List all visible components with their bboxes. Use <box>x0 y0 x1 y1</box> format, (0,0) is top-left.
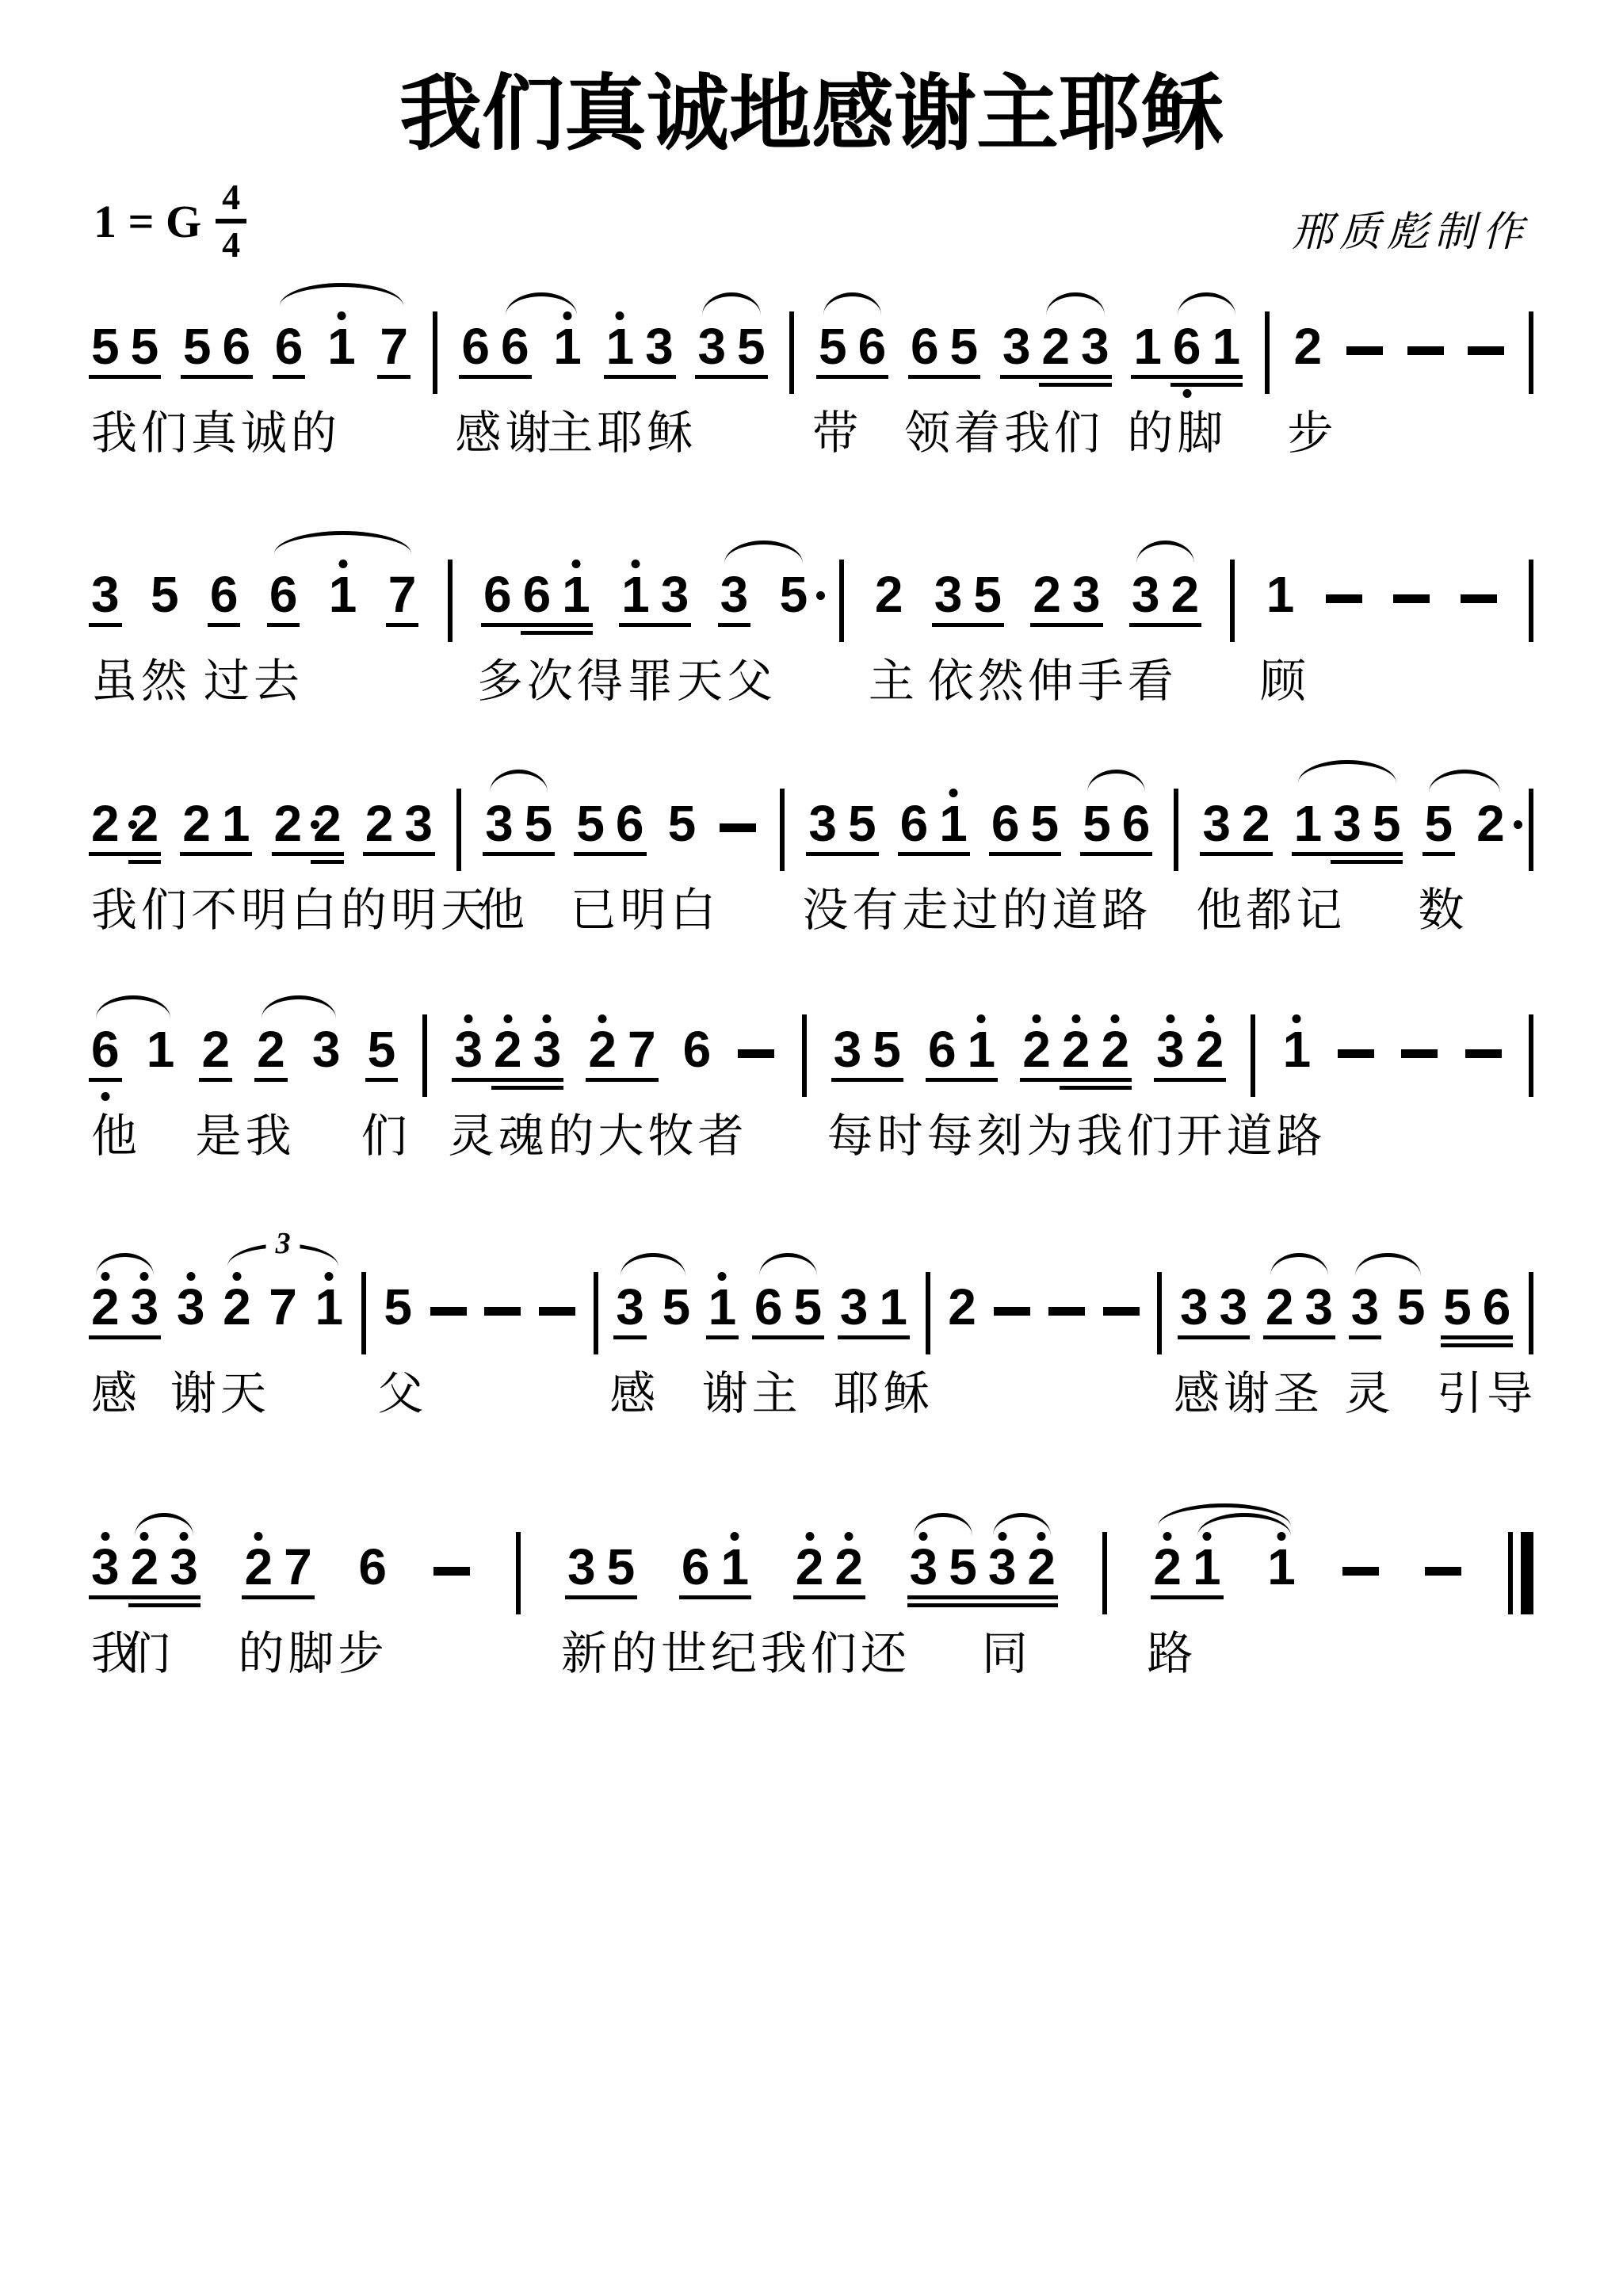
dash <box>1338 1049 1374 1058</box>
note-digit: 2 <box>494 1024 522 1075</box>
underline <box>735 375 768 379</box>
lyric-chunk: 主 <box>869 644 918 710</box>
note-digit: 3 <box>404 798 433 849</box>
lyric-chunk: 感 <box>609 1356 659 1423</box>
note-digit: 3 <box>533 1024 562 1075</box>
note: 3 <box>404 798 433 849</box>
note: 2 <box>201 1024 230 1075</box>
barline <box>1157 1272 1162 1354</box>
underline <box>1239 852 1273 856</box>
note: 1 <box>708 1282 737 1332</box>
note: 1 <box>553 321 582 372</box>
barline <box>1174 789 1178 871</box>
octave-dot-high <box>101 1532 109 1541</box>
beam-group: 6 <box>210 533 239 620</box>
note: 3 <box>720 569 749 620</box>
note: 5 <box>873 1024 901 1075</box>
note-digit: 2 <box>182 798 211 849</box>
underline <box>89 1595 134 1599</box>
note: 3 <box>1072 569 1101 620</box>
octave-dot-high <box>1111 1014 1120 1023</box>
octave-dot-high <box>543 1014 552 1023</box>
note-digit: 6 <box>269 569 298 620</box>
note: 2 <box>244 1541 273 1592</box>
note: 6 <box>461 321 490 372</box>
note-digit: 2 <box>131 1541 159 1592</box>
underline <box>498 375 532 379</box>
underline <box>1080 852 1125 856</box>
beam-group: 35 <box>834 988 901 1075</box>
note: 2 <box>1033 569 1061 620</box>
barline <box>594 1272 598 1354</box>
note-digit: 3 <box>1081 321 1109 372</box>
barline <box>1529 1014 1533 1097</box>
underline <box>1193 1078 1227 1082</box>
note: 6 <box>358 1541 387 1592</box>
underline <box>1070 623 1103 627</box>
note-digit: 1 <box>147 1024 175 1075</box>
dash <box>1393 594 1430 603</box>
note: 6 <box>682 1541 710 1592</box>
note: 1 <box>1212 321 1241 372</box>
beam-group: 32 <box>1202 762 1270 849</box>
note-digit: 6 <box>91 1024 120 1075</box>
beam-group: 35 <box>934 533 1002 620</box>
underline <box>402 852 435 856</box>
notes-row: 6122353232763561222321 <box>91 988 1533 1106</box>
note-digit: 2 <box>91 798 120 849</box>
note-digit: 1 <box>327 321 356 372</box>
note: 2 <box>131 1541 159 1592</box>
note: 6 <box>928 1024 957 1075</box>
underline <box>965 1078 999 1082</box>
underline <box>363 852 408 856</box>
underline <box>1154 1078 1199 1082</box>
underline <box>907 1595 953 1599</box>
underline <box>181 375 226 379</box>
augmentation-dot <box>816 591 825 600</box>
beam-group: 2 <box>875 533 903 620</box>
beam-group: 2 <box>201 988 230 1075</box>
underline <box>752 1335 797 1339</box>
lyric-chunk: 没有走过的道路 <box>802 873 1151 939</box>
notes-row: 356617661133523523321 <box>91 533 1533 651</box>
lyric-chunk: 同 <box>982 1616 1032 1683</box>
note-digit: 5 <box>1373 798 1401 849</box>
note-digit: 5 <box>91 321 120 372</box>
note: 6 <box>858 321 887 372</box>
lyrics-row: 我们不明白的明天他已明白没有走过的道路他都记数 <box>91 873 1533 936</box>
lyric-chunk: 顾 <box>1260 644 1310 710</box>
note: 2 <box>91 798 120 849</box>
note: 5 <box>1373 798 1401 849</box>
note: 3 <box>1220 1282 1248 1332</box>
barline <box>1230 560 1235 642</box>
note-digit: 3 <box>697 321 726 372</box>
underline <box>1060 1086 1105 1090</box>
underline <box>1079 375 1112 379</box>
note: 2 <box>1476 798 1505 849</box>
note: 7 <box>269 1282 297 1332</box>
note-digit: 5 <box>607 1541 636 1592</box>
lyric-chunk: 他 <box>91 1098 141 1165</box>
underline <box>1131 375 1176 379</box>
octave-dot-high <box>337 311 346 320</box>
barline <box>926 1272 930 1354</box>
note-digit: 6 <box>1173 321 1201 372</box>
note-digit: 2 <box>796 1541 824 1592</box>
underline <box>254 1078 288 1082</box>
underline <box>128 1335 162 1339</box>
beam-group: 65 <box>991 762 1059 849</box>
note: 3 <box>312 1024 341 1075</box>
note: 2 <box>223 1282 251 1332</box>
dash <box>484 1307 521 1316</box>
underline <box>937 852 970 856</box>
underline <box>1039 375 1084 379</box>
note: 1 <box>562 569 590 620</box>
note: 3 <box>177 1282 205 1332</box>
lyric-chunk: 数 <box>1419 873 1468 939</box>
lyric-chunk: 谢天 <box>170 1356 270 1423</box>
underline <box>459 375 504 379</box>
underline <box>706 1335 739 1339</box>
underline <box>365 1078 399 1082</box>
underline <box>679 1595 724 1599</box>
note: 2 <box>1170 569 1199 620</box>
underline <box>311 852 344 856</box>
dash <box>1346 346 1383 355</box>
note-digit: 2 <box>948 1282 976 1332</box>
underline <box>1302 1335 1335 1339</box>
beam-group: 35 <box>808 762 876 849</box>
underline <box>643 375 676 379</box>
note-digit: 2 <box>1101 1024 1129 1075</box>
final-barline-thick <box>1521 1532 1533 1614</box>
lyric-chunk: 引导 <box>1437 1356 1537 1423</box>
note-digit: 3 <box>661 569 689 620</box>
note: 1 <box>879 1282 907 1332</box>
dash <box>1401 1049 1438 1058</box>
note-digit: 1 <box>879 1282 907 1332</box>
beam-group: 5 <box>668 762 697 849</box>
triplet-number: 3 <box>266 1228 300 1259</box>
lyric-chunk: 灵 <box>1345 1356 1395 1423</box>
beam-group: 61 <box>682 1505 749 1592</box>
beam-group: 6 <box>683 988 712 1075</box>
note: 5 <box>368 1024 396 1075</box>
lyrics-row: 我们的脚步新的世纪我们还同路 <box>91 1616 1533 1679</box>
note-digit: 5 <box>131 321 159 372</box>
note-digit: 2 <box>274 798 303 849</box>
underline <box>932 623 977 627</box>
note-digit: 5 <box>1443 1282 1472 1332</box>
note-digit: 6 <box>523 569 552 620</box>
note-digit: 5 <box>1397 1282 1426 1332</box>
octave-dot-high <box>1033 1014 1041 1023</box>
underline <box>491 1078 537 1082</box>
note-digit: 6 <box>616 798 644 849</box>
note-digit: 2 <box>1294 321 1323 372</box>
dash <box>1461 594 1497 603</box>
underline <box>832 1595 865 1599</box>
underline <box>971 623 1004 627</box>
beam-group: 56 <box>1443 1245 1510 1332</box>
underline <box>1129 623 1174 627</box>
note-digit: 3 <box>1220 1282 1248 1332</box>
underline <box>452 1078 497 1082</box>
note-digit: 3 <box>1304 1282 1333 1332</box>
underline <box>242 1595 287 1599</box>
notes-row: 3232763561223532211 <box>91 1505 1533 1624</box>
underline <box>986 1603 1031 1607</box>
beam-group: 5 <box>384 1245 412 1332</box>
note: 7 <box>380 321 408 372</box>
octave-dot-high <box>805 1532 814 1541</box>
note: 6 <box>269 569 298 620</box>
underline <box>1025 1595 1058 1599</box>
barline <box>516 1532 521 1614</box>
note: 5 <box>576 798 605 849</box>
underline <box>89 1078 122 1082</box>
note: 5 <box>794 1282 823 1332</box>
note: 7 <box>388 569 417 620</box>
note: 3 <box>1132 569 1160 620</box>
note: 1 <box>968 1024 996 1075</box>
note: 1 <box>222 798 250 849</box>
note-digit: 1 <box>939 798 968 849</box>
note-digit: 3 <box>1156 1024 1185 1075</box>
note: 7 <box>628 1024 656 1075</box>
note: 3 <box>808 798 837 849</box>
beam-group: 5 <box>151 533 179 620</box>
underline <box>180 852 225 856</box>
beam-group: 23 <box>365 762 433 849</box>
note-digit: 5 <box>973 569 1002 620</box>
octave-dot-high <box>616 311 624 320</box>
underline <box>898 852 943 856</box>
note-digit: 7 <box>388 569 417 620</box>
note-digit: 6 <box>682 1541 710 1592</box>
note-digit: 1 <box>222 798 250 849</box>
dash <box>433 1567 470 1576</box>
note: 1 <box>939 798 968 849</box>
beam-group: 323 <box>454 988 561 1075</box>
note-digit: 1 <box>329 569 357 620</box>
note-digit: 3 <box>616 1282 644 1332</box>
note: 3 <box>454 1024 483 1075</box>
dash <box>1468 346 1504 355</box>
beam-group: 27 <box>588 988 655 1075</box>
underline <box>559 631 593 635</box>
dash <box>738 1049 774 1058</box>
note: 3 <box>910 1541 938 1592</box>
note-digit: 2 <box>1266 1282 1294 1332</box>
underline <box>1060 1078 1105 1082</box>
note: 5 <box>780 569 808 620</box>
note-digit: 2 <box>91 1282 120 1332</box>
underline <box>483 852 528 856</box>
underline <box>128 1595 174 1599</box>
beam-group: 1 <box>1283 988 1312 1075</box>
lyric-chunk: 的脚 <box>1127 395 1227 462</box>
note: 3 <box>1304 1282 1333 1332</box>
underline <box>128 1603 174 1607</box>
note-digit: 2 <box>1022 1024 1051 1075</box>
underline <box>908 375 953 379</box>
underline <box>625 1078 659 1082</box>
note-digit: 5 <box>1030 798 1059 849</box>
dash <box>720 823 756 832</box>
note: 1 <box>720 1541 749 1592</box>
note-digit: 1 <box>708 1282 737 1332</box>
note: 5 <box>183 321 212 372</box>
underline <box>531 1086 564 1090</box>
lyric-chunk: 领着我们 <box>904 395 1104 462</box>
underline <box>89 375 134 379</box>
note-digit: 5 <box>873 1024 901 1075</box>
underline <box>89 1335 134 1339</box>
note-digit: 7 <box>628 1024 656 1075</box>
note-digit: 3 <box>312 1024 341 1075</box>
lyric-chunk: 他 <box>479 873 529 939</box>
note: 1 <box>1266 569 1295 620</box>
note: 3 <box>616 1282 644 1332</box>
underline <box>695 375 740 379</box>
underline <box>208 623 241 627</box>
underline <box>1263 1335 1308 1339</box>
note-digit: 2 <box>834 1541 863 1592</box>
note: 5 <box>949 1541 977 1592</box>
note: 6 <box>91 1024 120 1075</box>
note: 6 <box>483 569 512 620</box>
note: 5 <box>1030 798 1059 849</box>
note: 5 <box>91 321 120 372</box>
notes-row: 233271535165312332335563 <box>91 1245 1533 1364</box>
underline <box>377 375 411 379</box>
note: 3 <box>1180 1282 1209 1332</box>
beam-group: 6 <box>358 1505 387 1592</box>
underline <box>659 623 692 627</box>
beam-group: 32 <box>1156 988 1224 1075</box>
lyric-chunk: 们 <box>124 1616 174 1683</box>
note: 2 <box>1062 1024 1090 1075</box>
lyrics-row: 我们真诚的感谢主耶稣带领着我们的脚步 <box>91 395 1533 459</box>
note-digit: 7 <box>269 1282 297 1332</box>
note-digit: 1 <box>553 321 582 372</box>
note: 1 <box>621 569 650 620</box>
note: 2 <box>365 798 394 849</box>
underline <box>521 631 566 635</box>
octave-dot-high <box>503 1014 512 1023</box>
underline <box>586 1078 631 1082</box>
note-digit: 3 <box>1333 798 1361 849</box>
lyrics-row: 感谢天父感谢主耶稣感谢圣灵引导 <box>91 1356 1533 1419</box>
note: 2 <box>1101 1024 1129 1075</box>
barline <box>1529 560 1533 642</box>
underline <box>838 1335 883 1339</box>
underline <box>831 1078 876 1082</box>
lyric-chunk: 路 <box>1147 1616 1197 1683</box>
beam-group: 13 <box>621 533 689 620</box>
note: 3 <box>131 1282 159 1332</box>
note: 3 <box>1002 321 1031 372</box>
lyric-chunk: 步 <box>1288 395 1338 462</box>
note: 3 <box>170 1541 198 1592</box>
note-digit: 6 <box>222 321 250 372</box>
note-digit: 5 <box>151 569 179 620</box>
music-line-2: 356617661133523523321虽然过去多次得罪天父主依然伸手看顾 <box>91 533 1533 723</box>
underline <box>816 375 861 379</box>
dash <box>430 1307 467 1316</box>
note: 3 <box>91 569 120 620</box>
note: 2 <box>948 1282 976 1332</box>
octave-dot-high <box>1163 1532 1172 1541</box>
note: 6 <box>210 569 239 620</box>
note-digit: 3 <box>454 1024 483 1075</box>
note-digit: 5 <box>819 321 847 372</box>
underline <box>128 860 162 864</box>
note-digit: 5 <box>950 321 979 372</box>
note: 6 <box>991 798 1020 849</box>
beam-group: 61 <box>928 988 995 1075</box>
lyric-chunk: 感 <box>91 1356 141 1423</box>
underline <box>1441 1343 1486 1347</box>
beam-group: 61 <box>900 762 968 849</box>
note: 7 <box>284 1541 312 1592</box>
barline <box>1529 789 1533 871</box>
lyric-chunk: 我们不明白的明天 <box>91 873 491 939</box>
music-line-3: 2221222335565356165563213552我们不明白的明天他已明白… <box>91 762 1533 952</box>
octave-dot-high <box>949 789 957 797</box>
lyric-chunk: 主耶稣 <box>547 395 697 462</box>
note-digit: 1 <box>968 1024 996 1075</box>
note: 1 <box>327 321 356 372</box>
note-digit: 3 <box>567 1541 596 1592</box>
note-digit: 5 <box>368 1024 396 1075</box>
note-digit: 2 <box>313 798 342 849</box>
note: 6 <box>222 321 250 372</box>
beam-group: 13 <box>606 285 674 372</box>
note: 5 <box>819 321 847 372</box>
underline <box>521 623 566 627</box>
beam-group: 5 <box>368 988 396 1075</box>
underline <box>1151 1595 1196 1599</box>
octave-dot-high <box>1166 1014 1174 1023</box>
notes-row: 2221222335565356165563213552 <box>91 762 1533 881</box>
octave-dot-high <box>186 1272 195 1281</box>
note-digit: 3 <box>131 1282 159 1332</box>
note: 3 <box>1351 1282 1380 1332</box>
lyric-chunk: 的脚步 <box>238 1616 388 1683</box>
note-digit: 5 <box>662 1282 690 1332</box>
note-digit: 5 <box>525 798 553 849</box>
note: 5 <box>1425 798 1453 849</box>
note-digit: 3 <box>91 569 120 620</box>
dash <box>1465 1049 1502 1058</box>
lyric-chunk: 他都记 <box>1196 873 1346 939</box>
underline <box>311 860 344 864</box>
lyric-chunk: 父 <box>377 1356 427 1423</box>
note: 3 <box>934 569 963 620</box>
note-digit: 1 <box>1133 321 1162 372</box>
underline <box>989 852 1034 856</box>
notes-row: 5556617661133556653231612 <box>91 285 1533 403</box>
note-digit: 1 <box>1266 569 1295 620</box>
note-digit: 3 <box>988 1541 1017 1592</box>
octave-dot-high <box>1293 1014 1301 1023</box>
augmentation-dot <box>1514 820 1522 829</box>
